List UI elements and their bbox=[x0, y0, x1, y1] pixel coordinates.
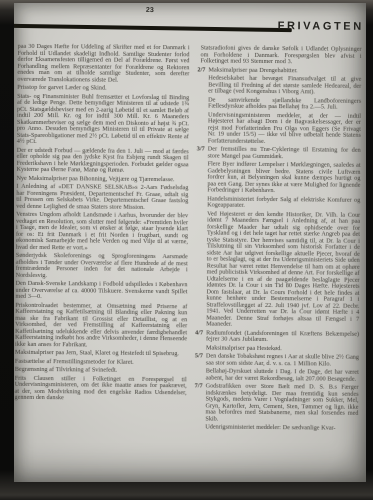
paragraph: Maksimalpriser paa Jern, Staal, Klaret o… bbox=[15, 350, 187, 358]
paragraph: Begrænsning af Tilvirkning af Svinefedt. bbox=[15, 367, 187, 375]
header-rule bbox=[14, 24, 292, 32]
paragraph: Maksimalpriser paa Drengehabitter. bbox=[208, 67, 361, 75]
paragraph: Maksimalpriser paa Hestekød. bbox=[206, 345, 359, 353]
paragraph: Udenrigsministeriet meddeler: De sædvanl… bbox=[205, 424, 358, 432]
paragraph: Stats- og Finansminister Buhl fremsætter… bbox=[17, 93, 189, 146]
paragraph: De samvirkende sjællandske Landboforenin… bbox=[208, 97, 361, 111]
paragraph: Handelsministeriet forbyder Salg af elek… bbox=[207, 196, 360, 210]
entry-date: 2/7 bbox=[197, 67, 205, 74]
paragraph: Sønderjydsk Skoleforenings og Sprogforen… bbox=[16, 253, 188, 280]
chronicle-entry: 5/7 Den danske Tobakshøst regnes i Aar a… bbox=[195, 353, 359, 382]
paragraph: Flere Byer indfører Lempelser i Mørklægn… bbox=[207, 161, 360, 195]
paragraph: Der er udstedt Forbud — gældende fra den… bbox=[17, 147, 189, 174]
paragraph: Ved Højesteret er den kendte Historiker,… bbox=[206, 211, 360, 329]
chronicle-entry: 2/7 Maksimalpriser paa Drengehabitter. H… bbox=[197, 67, 362, 146]
paragraph: Undervisningsministeren meddeler, at der… bbox=[208, 112, 361, 146]
chronicle-entry: 7/7 Godstrafikken over Store Bælt med D.… bbox=[194, 383, 358, 432]
paragraph: Godstrafikken over Store Bælt med D. S. … bbox=[205, 383, 358, 423]
paragraph: Frits Clausen stiller i Folketinget en F… bbox=[15, 375, 187, 402]
masthead-title: FRIVAGTEN bbox=[278, 20, 364, 33]
entry-date: 7/7 bbox=[195, 383, 203, 390]
right-column: Statsradiofoni gives de danske Søfolk i … bbox=[194, 45, 362, 482]
paragraph: I Anledning af «DET DANSKE SELSKAB»s 2-A… bbox=[16, 184, 188, 211]
paragraph: Priskontrolraadet bestemmer, at Omsætnin… bbox=[15, 302, 187, 349]
entry-date: 5/7 bbox=[195, 353, 203, 360]
paragraph: Hedeselskabet har bevæget Finansudvalget… bbox=[208, 75, 361, 96]
continuation-paragraph: Statsradiofoni gives de danske Søfolk i … bbox=[197, 45, 361, 66]
paragraph: Bellahøj-Dyrskuet sluttede i Dag. I de D… bbox=[206, 368, 359, 382]
chronicle-entry: 4/7 Radiumfondet (Landsforeningen til Kr… bbox=[195, 330, 359, 353]
paragraph: Der fremstilles nu Træ-Cykleringe til Er… bbox=[208, 146, 361, 160]
paragraph: paa 30 Dages Hæfte for Uddeling af Skrif… bbox=[17, 44, 189, 84]
chronicle-entry: 3/7 Der fremstilles nu Træ-Cykleringe ti… bbox=[195, 146, 361, 329]
page-content: 23 FRIVAGTEN paa 30 Dages Hæfte for Udde… bbox=[14, 3, 366, 482]
entry-date: 4/7 bbox=[195, 330, 203, 337]
entry-date: 3/7 bbox=[197, 146, 205, 153]
paragraph: Prisstop for garvet Læder og Skind. bbox=[17, 85, 189, 93]
left-column: paa 30 Dages Hæfte for Uddeling af Skrif… bbox=[14, 44, 190, 482]
page-number: 23 bbox=[146, 7, 154, 14]
paragraph: Den Dansk-Svenske Landskamp i Fodbold ud… bbox=[15, 281, 187, 302]
text-columns: paa 30 Dages Hæfte for Uddeling af Skrif… bbox=[14, 44, 362, 482]
page: 23 FRIVAGTEN paa 30 Dages Hæfte for Udde… bbox=[14, 3, 366, 482]
paragraph: Den danske Tobakshøst regnes i Aar at sk… bbox=[206, 353, 359, 367]
paragraph: Venstres Ungdom afholdt Landsmøde i Aarh… bbox=[16, 212, 188, 252]
paragraph: Radiumfondet (Landsforeningen til Kræfte… bbox=[206, 330, 359, 344]
scanned-page-photo: 23 FRIVAGTEN paa 30 Dages Hæfte for Udde… bbox=[0, 0, 373, 500]
